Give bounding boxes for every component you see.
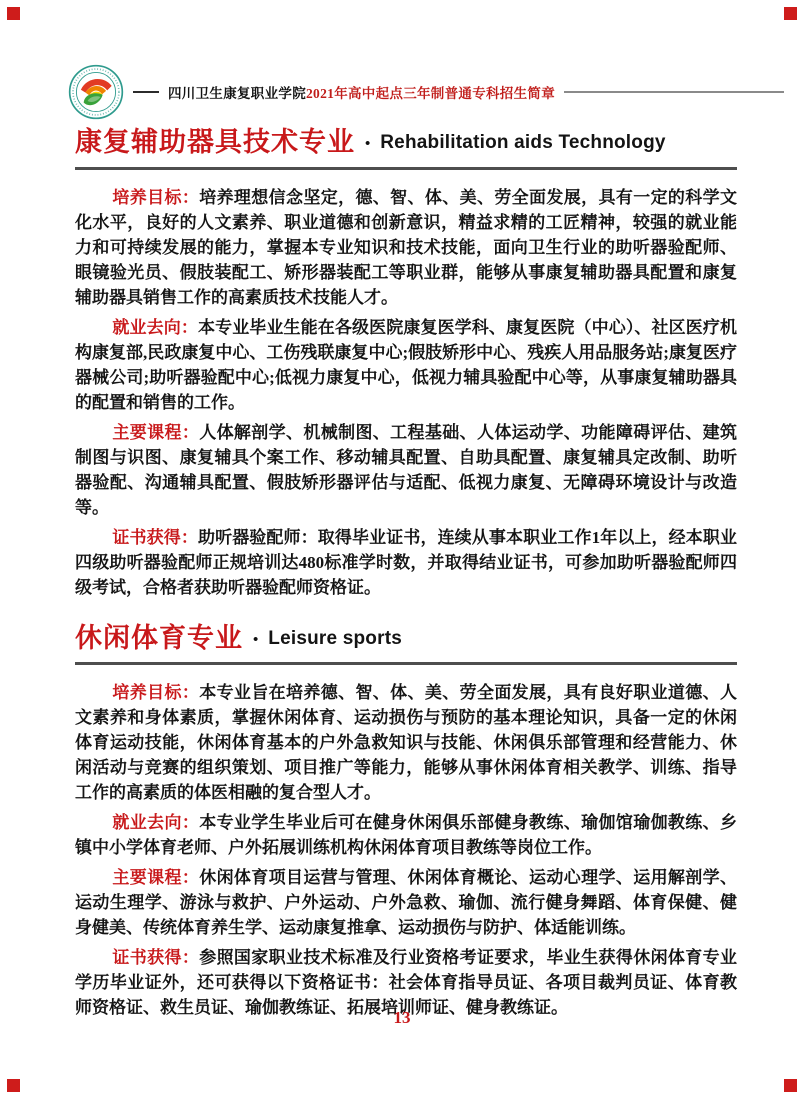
bullet-separator-icon: •	[253, 632, 258, 649]
paragraph-label: 主要课程：	[112, 423, 199, 442]
section-title-cn: 康复辅助器具技术专业	[75, 128, 355, 158]
bullet-separator-icon: •	[365, 136, 370, 153]
brochure-page: 四川卫生康复职业学院2021年高中起点三年制普通专科招生简章 康复辅助器具技术专…	[0, 0, 804, 1099]
program-section: 休闲体育专业 • Leisure sports 培养目标：本专业旨在培养德、智、…	[75, 624, 737, 1021]
paragraph-label: 主要课程：	[112, 868, 199, 887]
paragraph-label: 证书获得：	[112, 528, 198, 547]
paragraph: 就业去向：本专业毕业生能在各级医院康复医学科、康复医院（中心）、社区医疗机构康复…	[75, 315, 737, 415]
section-title-en: Rehabilitation aids Technology	[380, 132, 665, 154]
section-title-row: 康复辅助器具技术专业 • Rehabilitation aids Technol…	[75, 128, 737, 170]
brochure-title: 2021年高中起点三年制普通专科招生简章	[306, 86, 555, 101]
section-title-en: Leisure sports	[268, 628, 402, 650]
corner-mark-bottom-right	[784, 1079, 797, 1092]
corner-mark-top-right	[784, 7, 797, 20]
paragraph: 就业去向：本专业学生毕业后可在健身休闲俱乐部健身教练、瑜伽馆瑜伽教练、乡镇中小学…	[75, 810, 737, 860]
paragraph-label: 就业去向：	[112, 318, 198, 337]
header-title: 四川卫生康复职业学院2021年高中起点三年制普通专科招生简章	[168, 82, 555, 102]
paragraph: 证书获得：助听器验配师：取得毕业证书，连续从事本职业工作1年以上，经本职业四级助…	[75, 525, 737, 600]
paragraph: 培养目标：本专业旨在培养德、智、体、美、劳全面发展，具有良好职业道德、人文素养和…	[75, 680, 737, 805]
header-dash-rule	[133, 91, 159, 93]
page-header: 四川卫生康复职业学院2021年高中起点三年制普通专科招生简章	[68, 62, 784, 122]
program-section: 康复辅助器具技术专业 • Rehabilitation aids Technol…	[75, 128, 737, 600]
paragraph: 主要课程：休闲体育项目运营与管理、休闲体育概论、运动心理学、运用解剖学、运动生理…	[75, 865, 737, 940]
school-name: 四川卫生康复职业学院	[168, 86, 306, 101]
header-horizontal-rule	[564, 91, 784, 93]
section-paragraphs: 培养目标：本专业旨在培养德、智、体、美、劳全面发展，具有良好职业道德、人文素养和…	[75, 680, 737, 1020]
corner-mark-bottom-left	[7, 1079, 20, 1092]
section-title-cn: 休闲体育专业	[75, 624, 243, 654]
page-number: 13	[0, 1008, 804, 1028]
paragraph: 培养目标：培养理想信念坚定，德、智、体、美、劳全面发展，具有一定的科学文化水平，…	[75, 185, 737, 310]
paragraph-label: 培养目标：	[112, 188, 199, 207]
section-title-row: 休闲体育专业 • Leisure sports	[75, 624, 737, 666]
corner-mark-top-left	[7, 7, 20, 20]
section-paragraphs: 培养目标：培养理想信念坚定，德、智、体、美、劳全面发展，具有一定的科学文化水平，…	[75, 185, 737, 600]
paragraph-label: 就业去向：	[112, 813, 199, 832]
paragraph-label: 培养目标：	[112, 683, 199, 702]
paragraph-label: 证书获得：	[112, 948, 199, 967]
school-logo-icon	[68, 64, 124, 120]
paragraph: 主要课程：人体解剖学、机械制图、工程基础、人体运动学、功能障碍评估、建筑制图与识…	[75, 420, 737, 520]
page-content: 康复辅助器具技术专业 • Rehabilitation aids Technol…	[75, 128, 737, 1025]
